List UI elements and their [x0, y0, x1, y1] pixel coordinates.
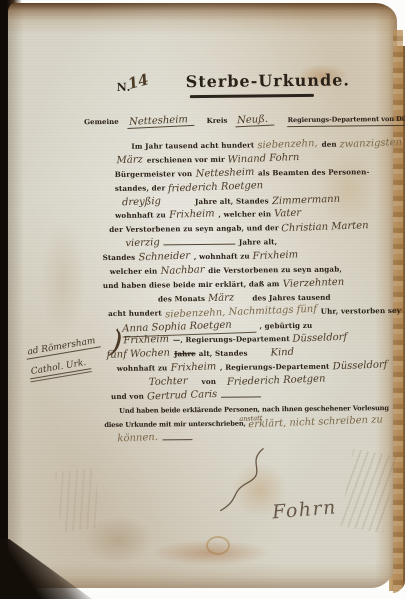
spacer	[219, 383, 227, 384]
handwritten-text: Gertrud Caris	[147, 388, 218, 404]
handwritten-text: Frixheim	[170, 361, 216, 377]
document-line: der Verstorbenen zu seyn angab, und derC…	[109, 217, 383, 234]
subheader-row: Gemeine Nettesheim Kreis Neuß. Regierung…	[84, 106, 396, 128]
ink-rule	[162, 432, 192, 440]
spacer	[165, 203, 195, 204]
spacer	[251, 355, 271, 356]
handwritten-text: Frixheim	[252, 249, 298, 265]
ink-flourish	[206, 444, 279, 517]
printed-text: standes, der	[115, 183, 166, 193]
handwritten-insertion: anstatt	[239, 414, 262, 423]
title-underline	[190, 94, 314, 98]
handwritten-text: Tochter	[149, 375, 188, 390]
document-line: acht hundertsiebenzehn, Nachmittags fünf…	[108, 301, 384, 318]
handwritten-text: dreyßig	[122, 194, 162, 209]
printed-text: von	[201, 377, 216, 386]
ink-rule	[221, 389, 261, 397]
district-label: Kreis	[207, 116, 228, 125]
handwritten-text: vierzig	[125, 236, 160, 251]
printed-text: und von	[111, 392, 144, 401]
district-value: Neuß.	[235, 114, 274, 128]
handwritten-text: Frixheim	[169, 208, 215, 224]
photo-of-book: { "colors": { "paper": "#d8d5c8", "print…	[0, 0, 405, 599]
document-title: Sterbe-Urkunde.	[186, 70, 350, 91]
handwritten-text: März	[208, 291, 235, 306]
handwritten-text: Nachbar	[160, 263, 204, 279]
printed-text: des Monats	[158, 294, 205, 303]
handwritten-text: Zimmermann	[271, 192, 340, 208]
handwritten-text: Schneider	[138, 250, 190, 266]
spacer	[238, 299, 252, 300]
handwritten-text: Vater	[274, 207, 301, 222]
commune-value: Nettesheim	[126, 114, 193, 129]
spacer	[192, 383, 202, 384]
printed-text: Uhr, verstorben sey	[321, 306, 401, 316]
handwritten-text: Düsseldorf	[332, 359, 387, 375]
pencil-signature-note: Fohrn	[271, 496, 337, 523]
handwritten-text: Vierzehnten	[282, 276, 344, 292]
handwritten-text: zwanzigsten	[339, 136, 402, 152]
handwritten-text: können.	[117, 431, 158, 446]
document-line: Im Jahr tausend acht hundertsiebenzehn,d…	[131, 134, 382, 151]
document-number-value: 14	[126, 70, 151, 93]
handwritten-text: Düsseldorf	[293, 331, 348, 347]
handwritten-text: Winand Fohrn	[228, 151, 300, 168]
document-body: Im Jahr tausend acht hundertsiebenzehn,d…	[96, 134, 385, 443]
printed-text: als Beamten des Personen-	[258, 167, 370, 177]
ink-rule	[164, 237, 236, 246]
handwritten-text: März	[116, 153, 143, 168]
handwritten-text: Kind	[270, 346, 294, 361]
commune-label: Gemeine	[84, 117, 119, 126]
printed-text: den	[321, 140, 336, 149]
margin-note: ad Römersham Cathol. Urk.	[24, 328, 105, 383]
printed-text: acht hundert	[108, 308, 162, 318]
department-label: Regierungs-Departement von Düsseldorf.	[288, 115, 405, 128]
printed-text: Jahre	[174, 349, 196, 358]
certificate-content: N. 14 Sterbe-Urkunde. Gemeine Nettesheim…	[0, 0, 405, 599]
document-line: und haben diese beide mir erklärt, daß a…	[103, 273, 384, 290]
